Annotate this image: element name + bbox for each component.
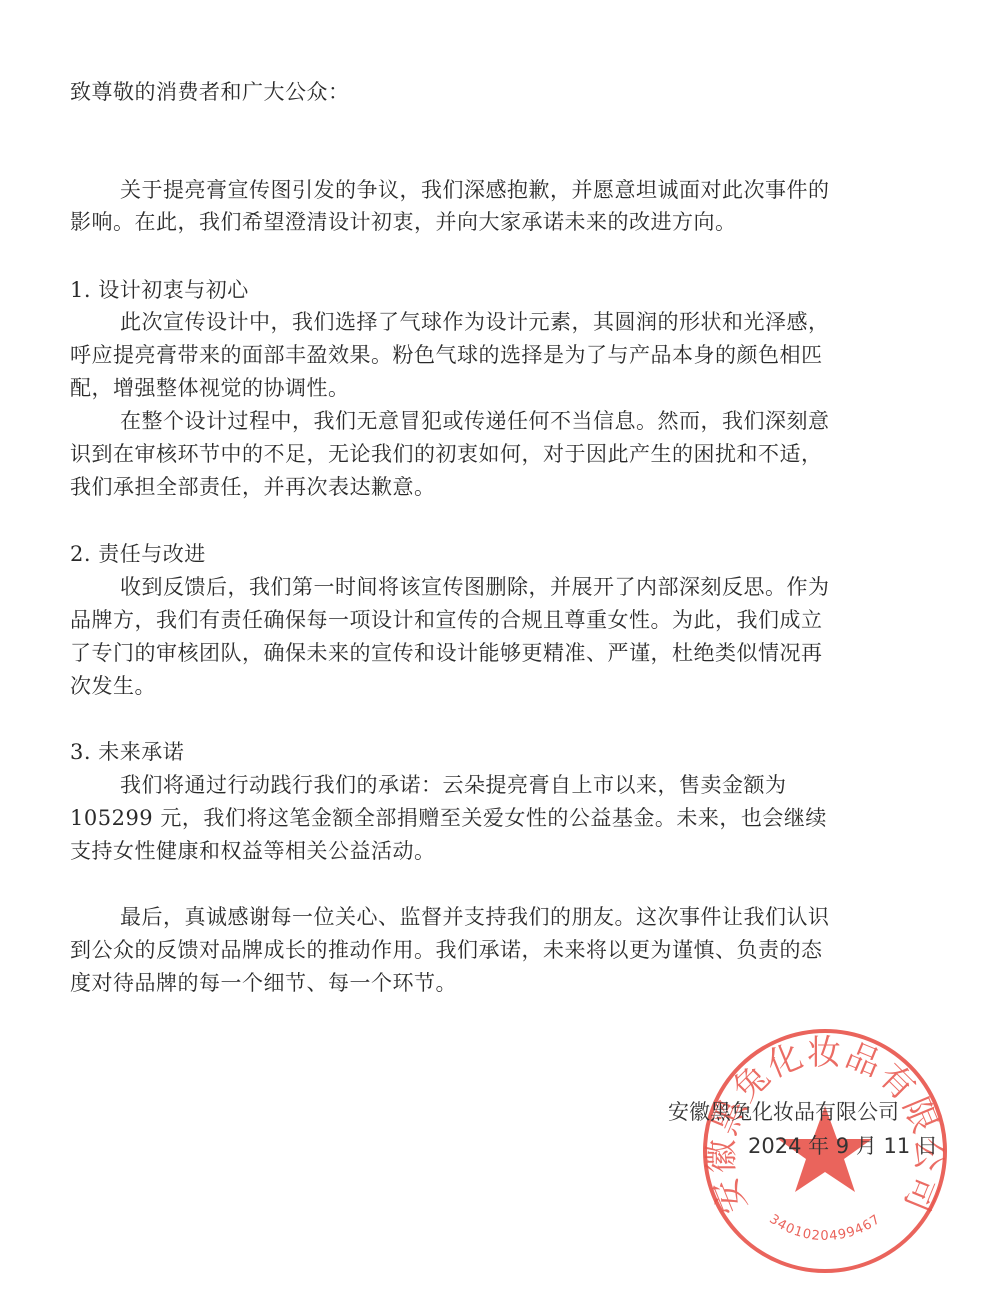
section-heading: 3. 未来承诺 <box>70 738 184 766</box>
section-line: 次发生。 <box>70 672 156 700</box>
greeting: 致尊敬的消费者和广大公众： <box>70 78 350 106</box>
section-line: 我们承担全部责任，并再次表达歉意。 <box>70 473 436 501</box>
closing-line: 度对待品牌的每一个细节、每一个环节。 <box>70 969 457 997</box>
section-line: 了专门的审核团队，确保未来的宣传和设计能够更精准、严谨，杜绝类似情况再 <box>70 639 823 667</box>
section-line: 此次宣传设计中，我们选择了气球作为设计元素，其圆润的形状和光泽感， <box>120 308 830 336</box>
section-line: 呼应提亮膏带来的面部丰盈效果。粉色气球的选择是为了与产品本身的颜色相匹 <box>70 341 823 369</box>
apology-letter: 致尊敬的消费者和广大公众： 关于提亮膏宣传图引发的争议，我们深感抱歉，并愿意坦诚… <box>0 0 1000 1314</box>
intro-line: 影响。在此，我们希望澄清设计初衷，并向大家承诺未来的改进方向。 <box>70 208 737 236</box>
section-line: 105299 元，我们将这笔金额全部捐赠至关爱女性的公益基金。未来，也会继续 <box>70 804 827 832</box>
section-line: 在整个设计过程中，我们无意冒犯或传递任何不当信息。然而，我们深刻意 <box>120 407 830 435</box>
signature-date: 2024 年 9 月 11 日 <box>748 1132 938 1160</box>
section-line: 配，增强整体视觉的协调性。 <box>70 374 350 402</box>
intro-line: 关于提亮膏宣传图引发的争议，我们深感抱歉，并愿意坦诚面对此次事件的 <box>120 176 830 204</box>
seal-code: 3401020499467 <box>766 1212 883 1244</box>
closing-line: 到公众的反馈对品牌成长的推动作用。我们承诺，未来将以更为谨慎、负责的态 <box>70 936 823 964</box>
section-line: 品牌方，我们有责任确保每一项设计和宣传的合规且尊重女性。为此，我们成立 <box>70 606 823 634</box>
section-heading: 2. 责任与改进 <box>70 540 206 568</box>
closing-line: 最后，真诚感谢每一位关心、监督并支持我们的朋友。这次事件让我们认识 <box>120 903 830 931</box>
svg-text:3401020499467: 3401020499467 <box>766 1212 883 1244</box>
section-heading: 1. 设计初衷与初心 <box>70 276 249 304</box>
section-line: 收到反馈后，我们第一时间将该宣传图删除，并展开了内部深刻反思。作为 <box>120 573 830 601</box>
section-line: 支持女性健康和权益等相关公益活动。 <box>70 837 436 865</box>
section-line: 我们将通过行动践行我们的承诺：云朵提亮膏自上市以来，售卖金额为 <box>120 771 787 799</box>
signature-company: 安徽黑兔化妆品有限公司 <box>668 1098 899 1126</box>
section-line: 识到在审核环节中的不足，无论我们的初衷如何，对于因此产生的困扰和不适， <box>70 440 823 468</box>
